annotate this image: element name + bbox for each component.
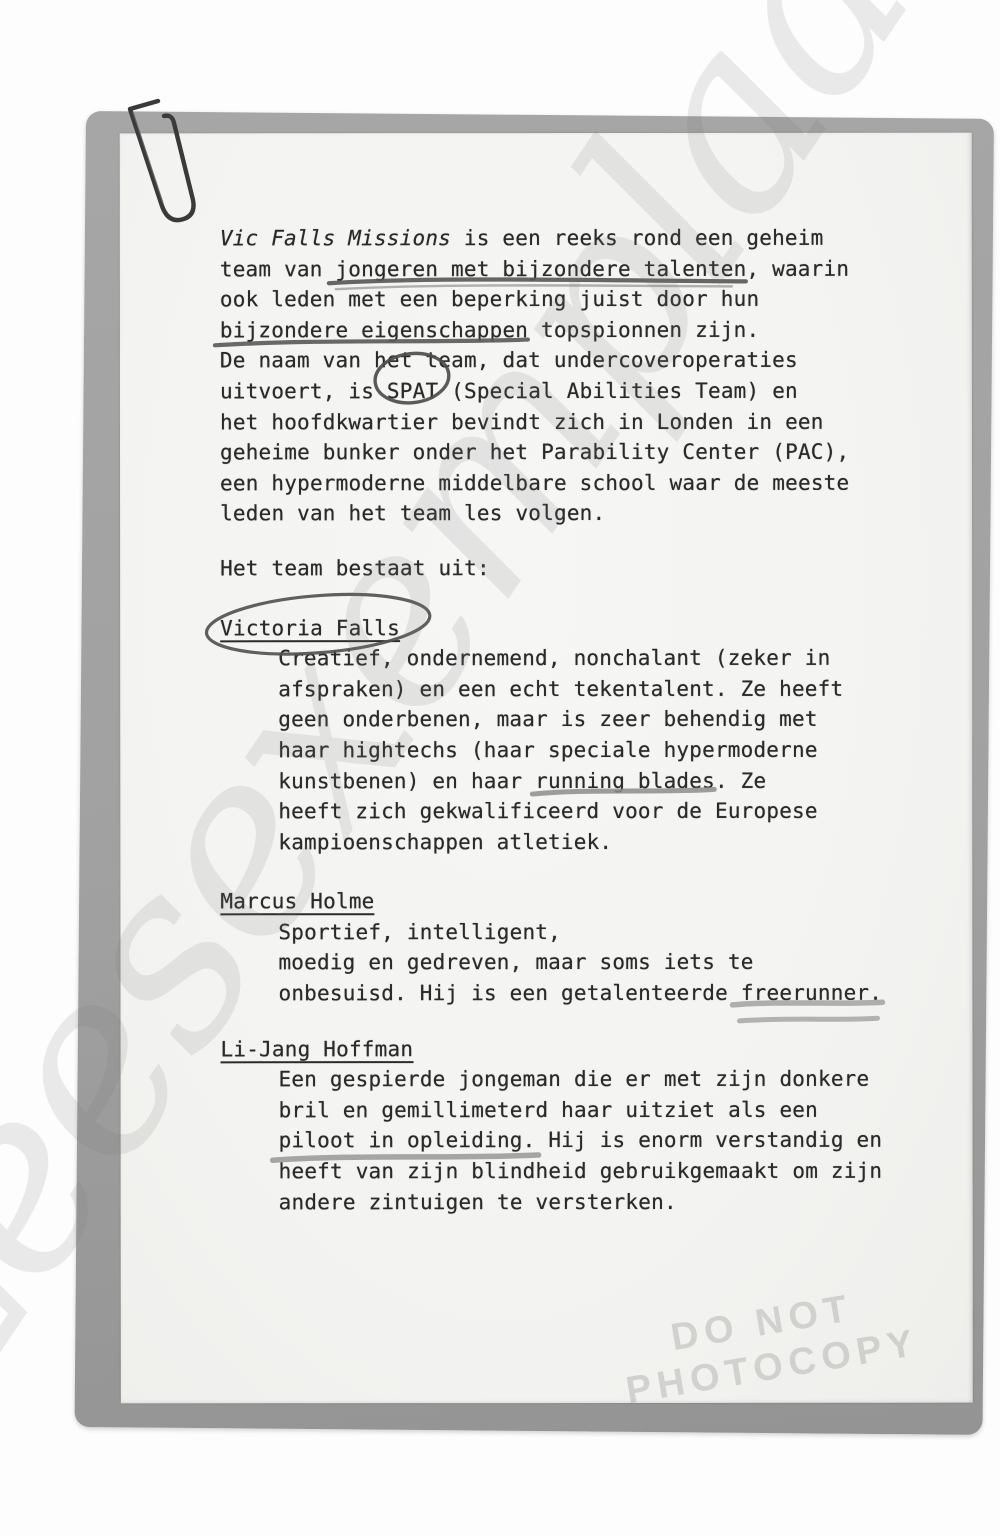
typed-line: Een gespierde jongeman die er met zijn d…	[221, 1064, 941, 1095]
typed-line: team van jongeren met bijzondere talente…	[220, 253, 940, 284]
typed-line: De naam van het team, dat undercoveroper…	[220, 345, 940, 376]
character-heading-lijang: Li-Jang Hoffman	[221, 1033, 941, 1064]
typed-line: geheime bunker onder het Parability Cent…	[220, 437, 940, 468]
typed-line: heeft van zijn blindheid gebruikgemaakt …	[221, 1156, 941, 1187]
typed-line: geen onderbenen, maar is zeer behendig m…	[220, 704, 940, 735]
typed-line: Vic Falls Missions is een reeks rond een…	[220, 223, 940, 254]
typed-line: het hoofdkwartier bevindt zich in Londen…	[220, 406, 940, 437]
typed-text: Vic Falls Missions is een reeks rond een…	[220, 223, 941, 1218]
typed-line: heeft zich gekwalificeerd voor de Europe…	[220, 796, 940, 827]
typed-line: leden van het team les volgen.	[220, 498, 940, 529]
typed-line: bijzondere eigenschappen topspionnen zij…	[220, 314, 940, 345]
character-heading-marcus: Marcus Holme	[220, 886, 940, 917]
team-heading: Het team bestaat uit:	[220, 553, 940, 584]
typed-line: een hypermoderne middelbare school waar …	[220, 467, 940, 498]
typed-line: kampioenschappen atletiek.	[220, 826, 940, 857]
typed-line: bril en gemillimeterd haar uitziet als e…	[221, 1095, 941, 1126]
typed-line: ook leden met een beperking juist door h…	[220, 284, 940, 315]
typed-line: Sportief, intelligent,	[220, 917, 940, 948]
typed-line: Creatief, ondernemend, nonchalant (zeker…	[220, 643, 940, 674]
typed-line: andere zintuigen te versterken.	[221, 1186, 941, 1217]
paper: Vic Falls Missions is een reeks rond een…	[120, 133, 973, 1404]
paperclip-icon	[0, 0, 260, 300]
typed-line: afspraken) en een echt tekentalent. Ze h…	[220, 673, 940, 704]
typed-line: uitvoert, is SPAT (Special Abilities Tea…	[220, 376, 940, 407]
typed-line: onbesuisd. Hij is een getalenteerde free…	[220, 978, 940, 1009]
backing-sheet: Vic Falls Missions is een reeks rond een…	[75, 111, 994, 1435]
character-heading-victoria: Victoria Falls	[220, 612, 940, 643]
typed-line: haar hightechs (haar speciale hypermoder…	[220, 735, 940, 766]
typed-line: kunstbenen) en haar running blades. Ze	[220, 765, 940, 796]
typed-line: moedig en gedreven, maar soms iets te	[220, 947, 940, 978]
photocopy-stamp: DO NOT PHOTOCOPY	[615, 1277, 916, 1414]
typed-line: piloot in opleiding. Hij is enorm versta…	[221, 1125, 941, 1156]
scanned-document: Vic Falls Missions is een reeks rond een…	[0, 0, 1000, 1536]
